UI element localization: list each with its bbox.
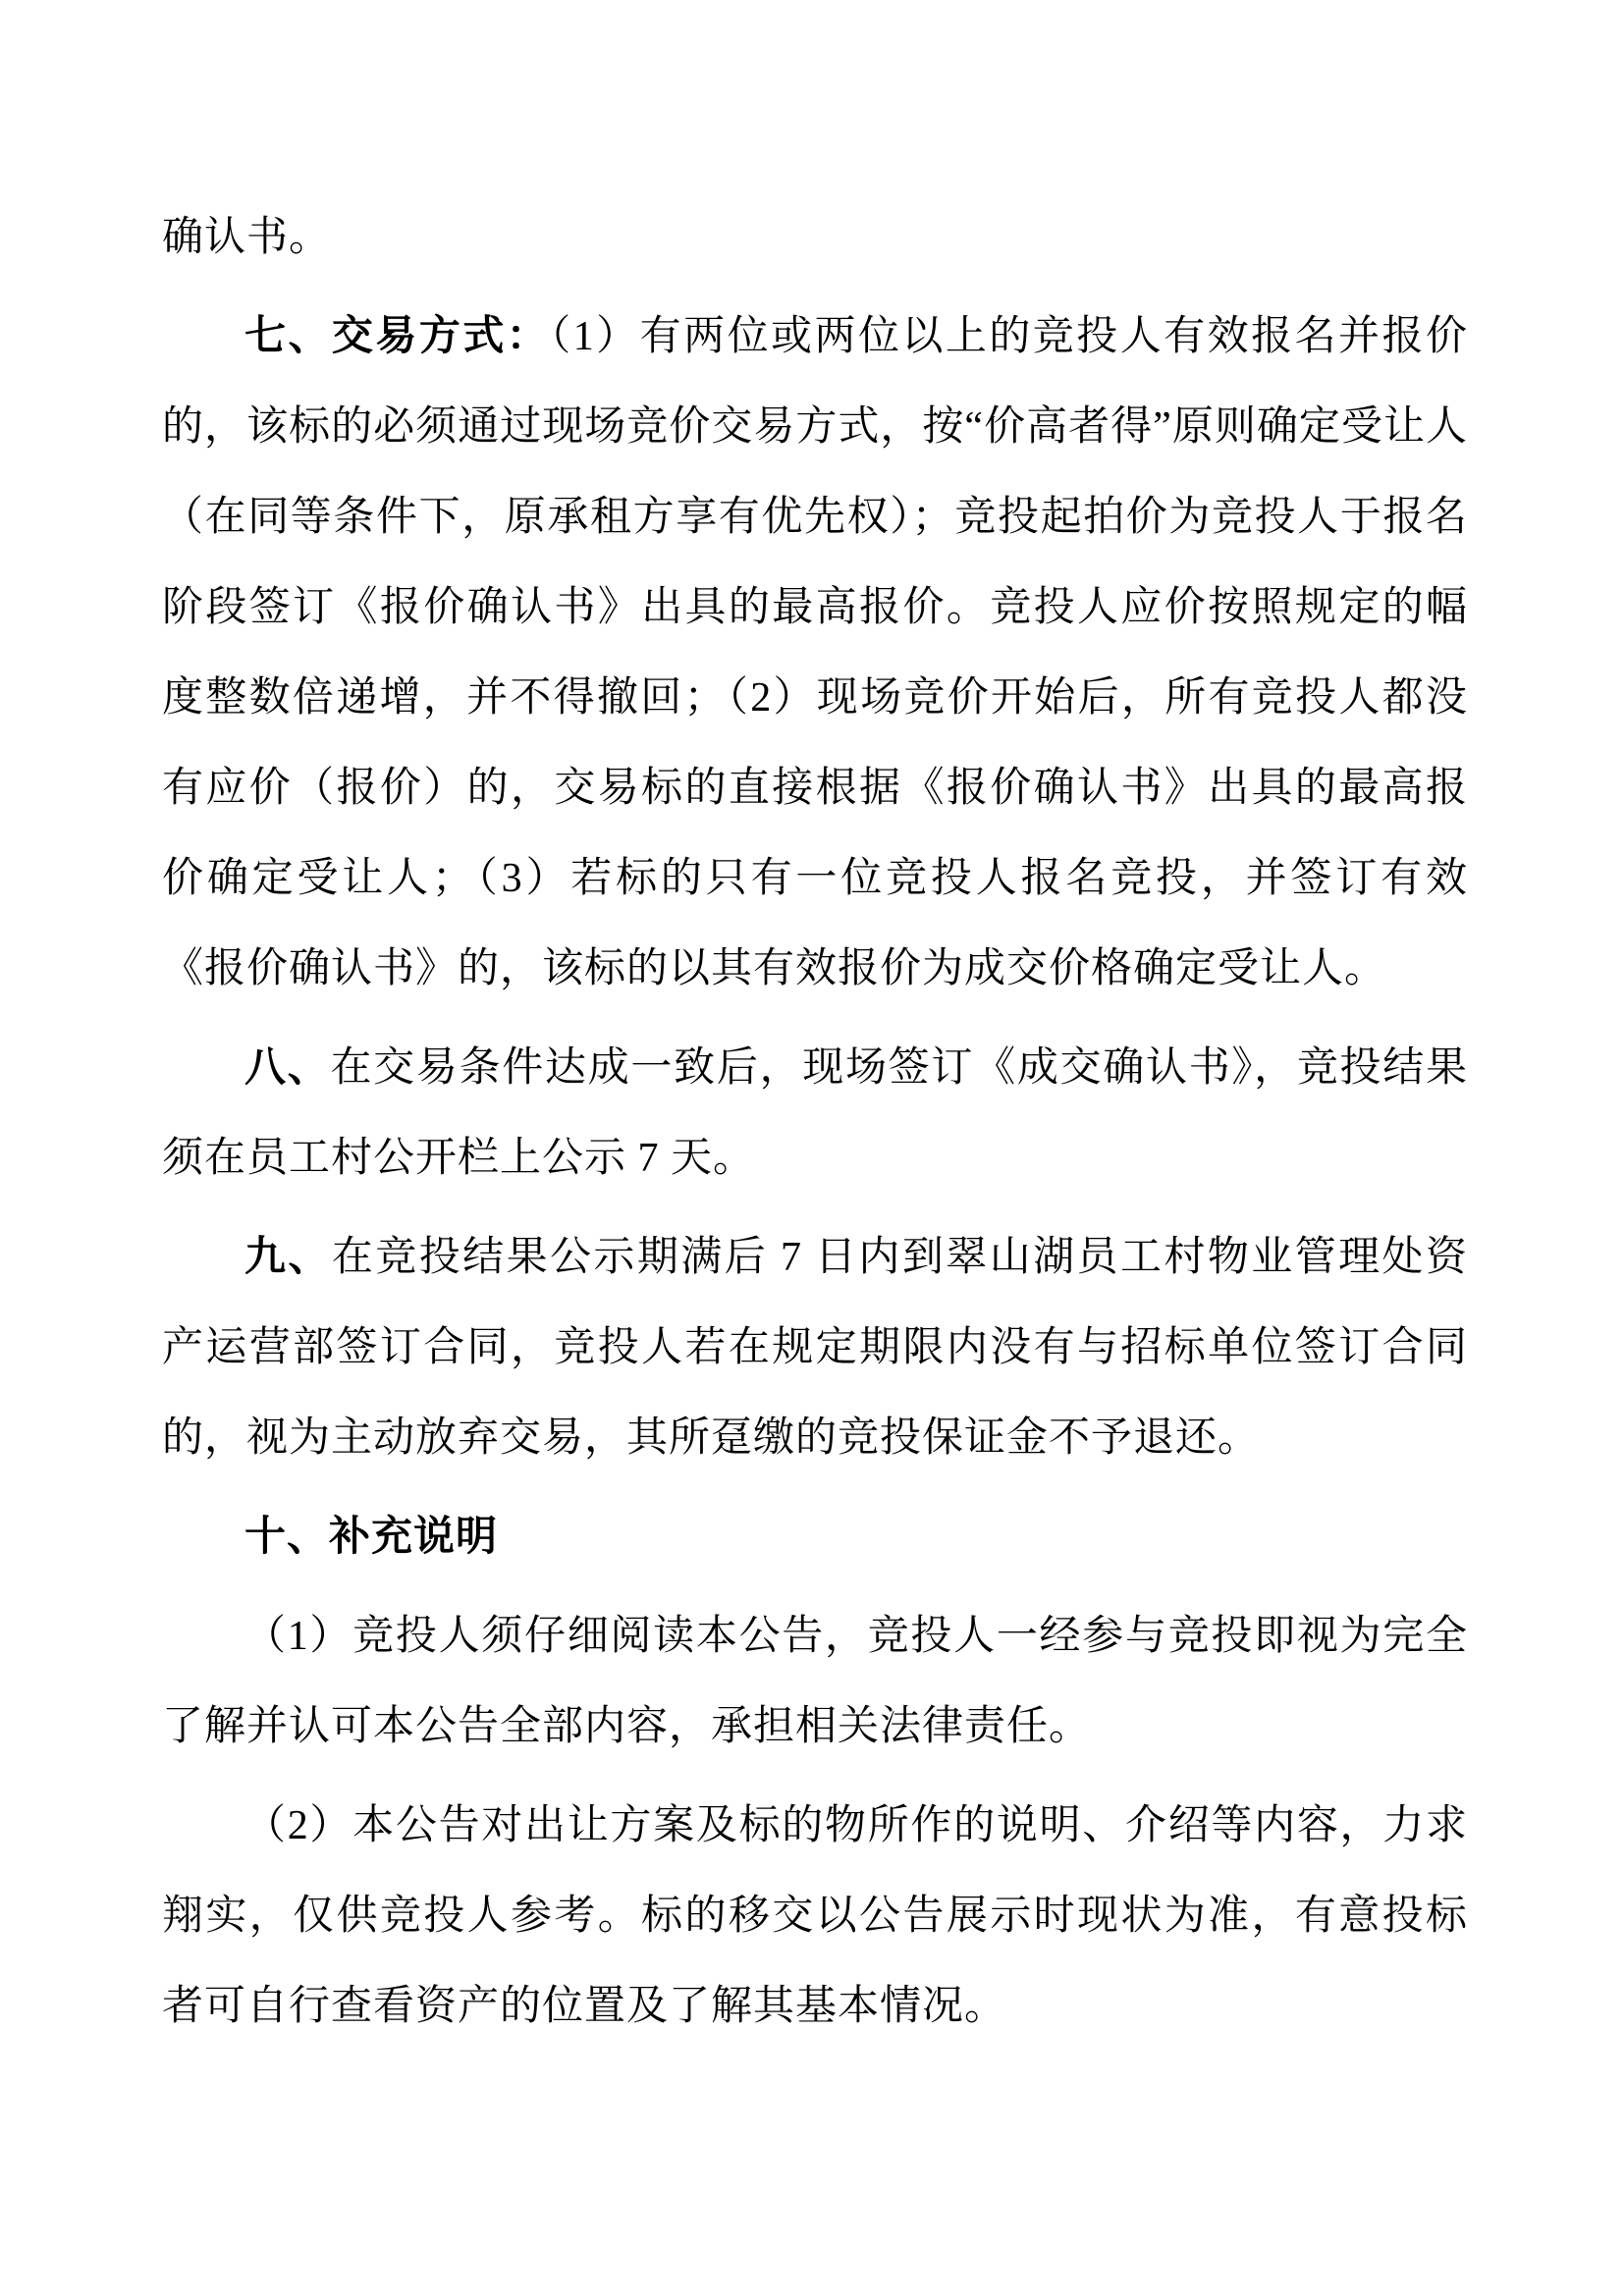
paragraph-section-9-contract-signing: 九、在竞投结果公示期满后 7 日内到翠山湖员工村物业管理处资产运营部签订合同，竞… [162,1212,1468,1483]
section-10-heading-text: 十、补充说明 [244,1515,498,1560]
document-page: 确认书。 七、交易方式：（1）有两位或两位以上的竞投人有效报名并报价的，该标的必… [0,0,1624,2296]
supplement-item-2-text: （2）本公告对出让方案及标的物所作的说明、介绍等内容，力求翔实，仅供竞投人参考。… [162,1803,1468,2029]
paragraph-continuation: 确认书。 [162,192,1468,283]
paragraph-section-10-heading: 十、补充说明 [162,1492,1468,1582]
section-8-heading: 八、 [244,1045,330,1091]
supplement-item-1-text: （1）竞投人须仔细阅读本公告，竞投人一经参与竞投即视为完全了解并认可本公告全部内… [162,1614,1468,1749]
section-9-body-text: 在竞投结果公示期满后 7 日内到翠山湖员工村物业管理处资产运营部签订合同，竞投人… [162,1235,1468,1461]
section-7-body-text: （1）有两位或两位以上的竞投人有效报名并报价的，该标的必须通过现场竞价交易方式，… [162,314,1468,991]
document-text-block: 确认书。 七、交易方式：（1）有两位或两位以上的竞投人有效报名并报价的，该标的必… [162,192,1468,2052]
section-7-heading: 七、交易方式： [244,314,550,359]
section-9-heading: 九、 [244,1235,332,1280]
section-8-body-text: 在交易条件达成一致后，现场签订《成交确认书》，竞投结果须在员工村公开栏上公示 7… [162,1045,1468,1181]
paragraph-continuation-text: 确认书。 [162,215,331,260]
paragraph-section-7-trade-method: 七、交易方式：（1）有两位或两位以上的竞投人有效报名并报价的，该标的必须通过现场… [162,292,1468,1014]
paragraph-supplement-item-1: （1）竞投人须仔细阅读本公告，竞投人一经参与竞投即视为完全了解并认可本公告全部内… [162,1591,1468,1772]
paragraph-section-8-confirmation: 八、在交易条件达成一致后，现场签订《成交确认书》，竞投结果须在员工村公开栏上公示… [162,1023,1468,1203]
paragraph-supplement-item-2: （2）本公告对出让方案及标的物所作的说明、介绍等内容，力求翔实，仅供竞投人参考。… [162,1781,1468,2052]
